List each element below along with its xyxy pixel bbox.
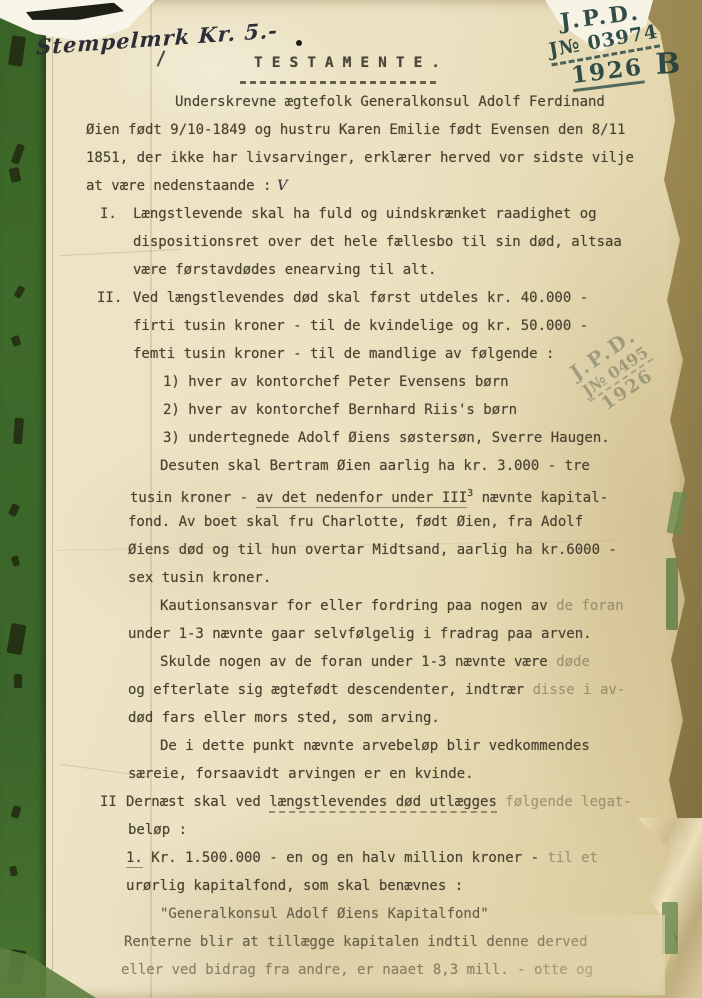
document-line: dispositionsret over det hele fællesbo t… (133, 228, 666, 256)
line-text: Kr. 1.500.000 - en og en halv million kr… (143, 850, 548, 866)
document-line: IIDernæst skal ved længstlevendes død ut… (126, 788, 666, 816)
document-line: og efterlate sig ægtefødt descendenter, … (128, 676, 666, 704)
ink-dot (296, 40, 302, 46)
document-line: urørlig kapitalfond, som skal benævnes : (126, 872, 666, 900)
document-line: Kautionsansvar for eller fordring paa no… (160, 592, 666, 620)
line-text: Kautionsansvar for eller fordring paa no… (160, 598, 556, 614)
faded-text: døde (556, 654, 590, 670)
document-line: 1. Kr. 1.500.000 - en og en halv million… (126, 844, 666, 872)
document-line: 2) hver av kontorchef Bernhard Riis's bø… (163, 396, 666, 424)
document-line: 1851, der ikke har livsarvinger, erklære… (86, 144, 666, 172)
document-line: Skulde nogen av de foran under 1-3 nævnt… (160, 648, 666, 676)
section-label: II. (97, 284, 122, 312)
document-line: at være nedenstaande :V (86, 172, 666, 200)
underlined-phrase: av det nedenfor under III (256, 490, 467, 508)
staple-mark (14, 674, 22, 688)
document-line: sex tusin kroner. (128, 564, 666, 592)
document-line: Desuten skal Bertram Øien aarlig ha kr. … (160, 452, 666, 480)
title-underline (240, 81, 440, 84)
document-line: De i dette punkt nævnte arvebeløp blir v… (160, 732, 666, 760)
line-text: Skulde nogen av de foran under 1-3 nævnt… (160, 654, 556, 670)
faded-text: til et (547, 850, 598, 866)
underlined-phrase: længstlevendes død utlægges (269, 794, 497, 813)
document-line: "Generalkonsul Adolf Øiens Kapitalfond" (160, 900, 666, 928)
section-label: II (100, 788, 117, 816)
document-line: eller ved bidrag fra andre, er naaet 8,3… (121, 956, 666, 984)
document-line: II.Ved længstlevendes død skal først utd… (133, 284, 666, 312)
document-line: 3) undertegnede Adolf Øiens søstersøn, S… (163, 424, 666, 452)
line-text: tusin kroner - (130, 490, 256, 506)
underlined-number: 1. (126, 850, 143, 868)
faded-text: disse i av- (533, 682, 626, 698)
tape-remnant (666, 558, 678, 630)
document-line: Øiens død og til hun overtar Midtsand, a… (128, 536, 666, 564)
stamp-suffix-letter: B (655, 46, 681, 81)
line-text: Dernæst skal ved (126, 794, 269, 810)
faded-text: følgende legat- (497, 794, 632, 810)
document-line: beløp : (128, 816, 666, 844)
document-line: I.Længstlevende skal ha fuld og uindskræ… (133, 200, 666, 228)
document-line: 1) hver av kontorchef Peter Evensens bør… (163, 368, 666, 396)
section-label: I. (100, 200, 117, 228)
check-mark: V (274, 172, 290, 200)
document-line: under 1-3 nævnte gaar selvfølgelig i fra… (128, 620, 666, 648)
line-text: nævnte kapital- (473, 490, 608, 506)
line-text: og efterlate sig ægtefødt descendenter, … (128, 682, 533, 698)
document-line: død fars eller mors sted, som arving. (128, 704, 666, 732)
document-line: Renterne blir at tillægge kapitalen indt… (124, 928, 666, 956)
document-title: TESTAMENTE. (254, 55, 449, 71)
line-text: Længstlevende skal ha fuld og uindskrænk… (133, 206, 597, 222)
document-line: fond. Av boet skal fru Charlotte, født Ø… (128, 508, 666, 536)
typewritten-body: Underskrevne ægtefolk Generalkonsul Adol… (86, 88, 666, 984)
faded-text: de foran (556, 598, 623, 614)
document-line: firti tusin kroner - til de kvindelige o… (133, 312, 666, 340)
page-edge-crease (52, 0, 53, 998)
document-line: tusin kroner - av det nedenfor under III… (130, 480, 666, 508)
staple-mark (9, 865, 18, 876)
document-line: særeie, forsaavidt arvingen er en kvinde… (128, 760, 666, 788)
document-line: Underskrevne ægtefolk Generalkonsul Adol… (175, 88, 666, 116)
staple-mark (13, 418, 24, 445)
document-line: femti tusin kroner - til de mandlige av … (133, 340, 666, 368)
line-text: Ved længstlevendes død skal først utdele… (133, 290, 588, 306)
document-line: være førstavdødes enearving til alt. (133, 256, 666, 284)
document-line: Øien født 9/10-1849 og hustru Karen Emil… (86, 116, 666, 144)
line-text: at være nedenstaande : (86, 178, 271, 194)
